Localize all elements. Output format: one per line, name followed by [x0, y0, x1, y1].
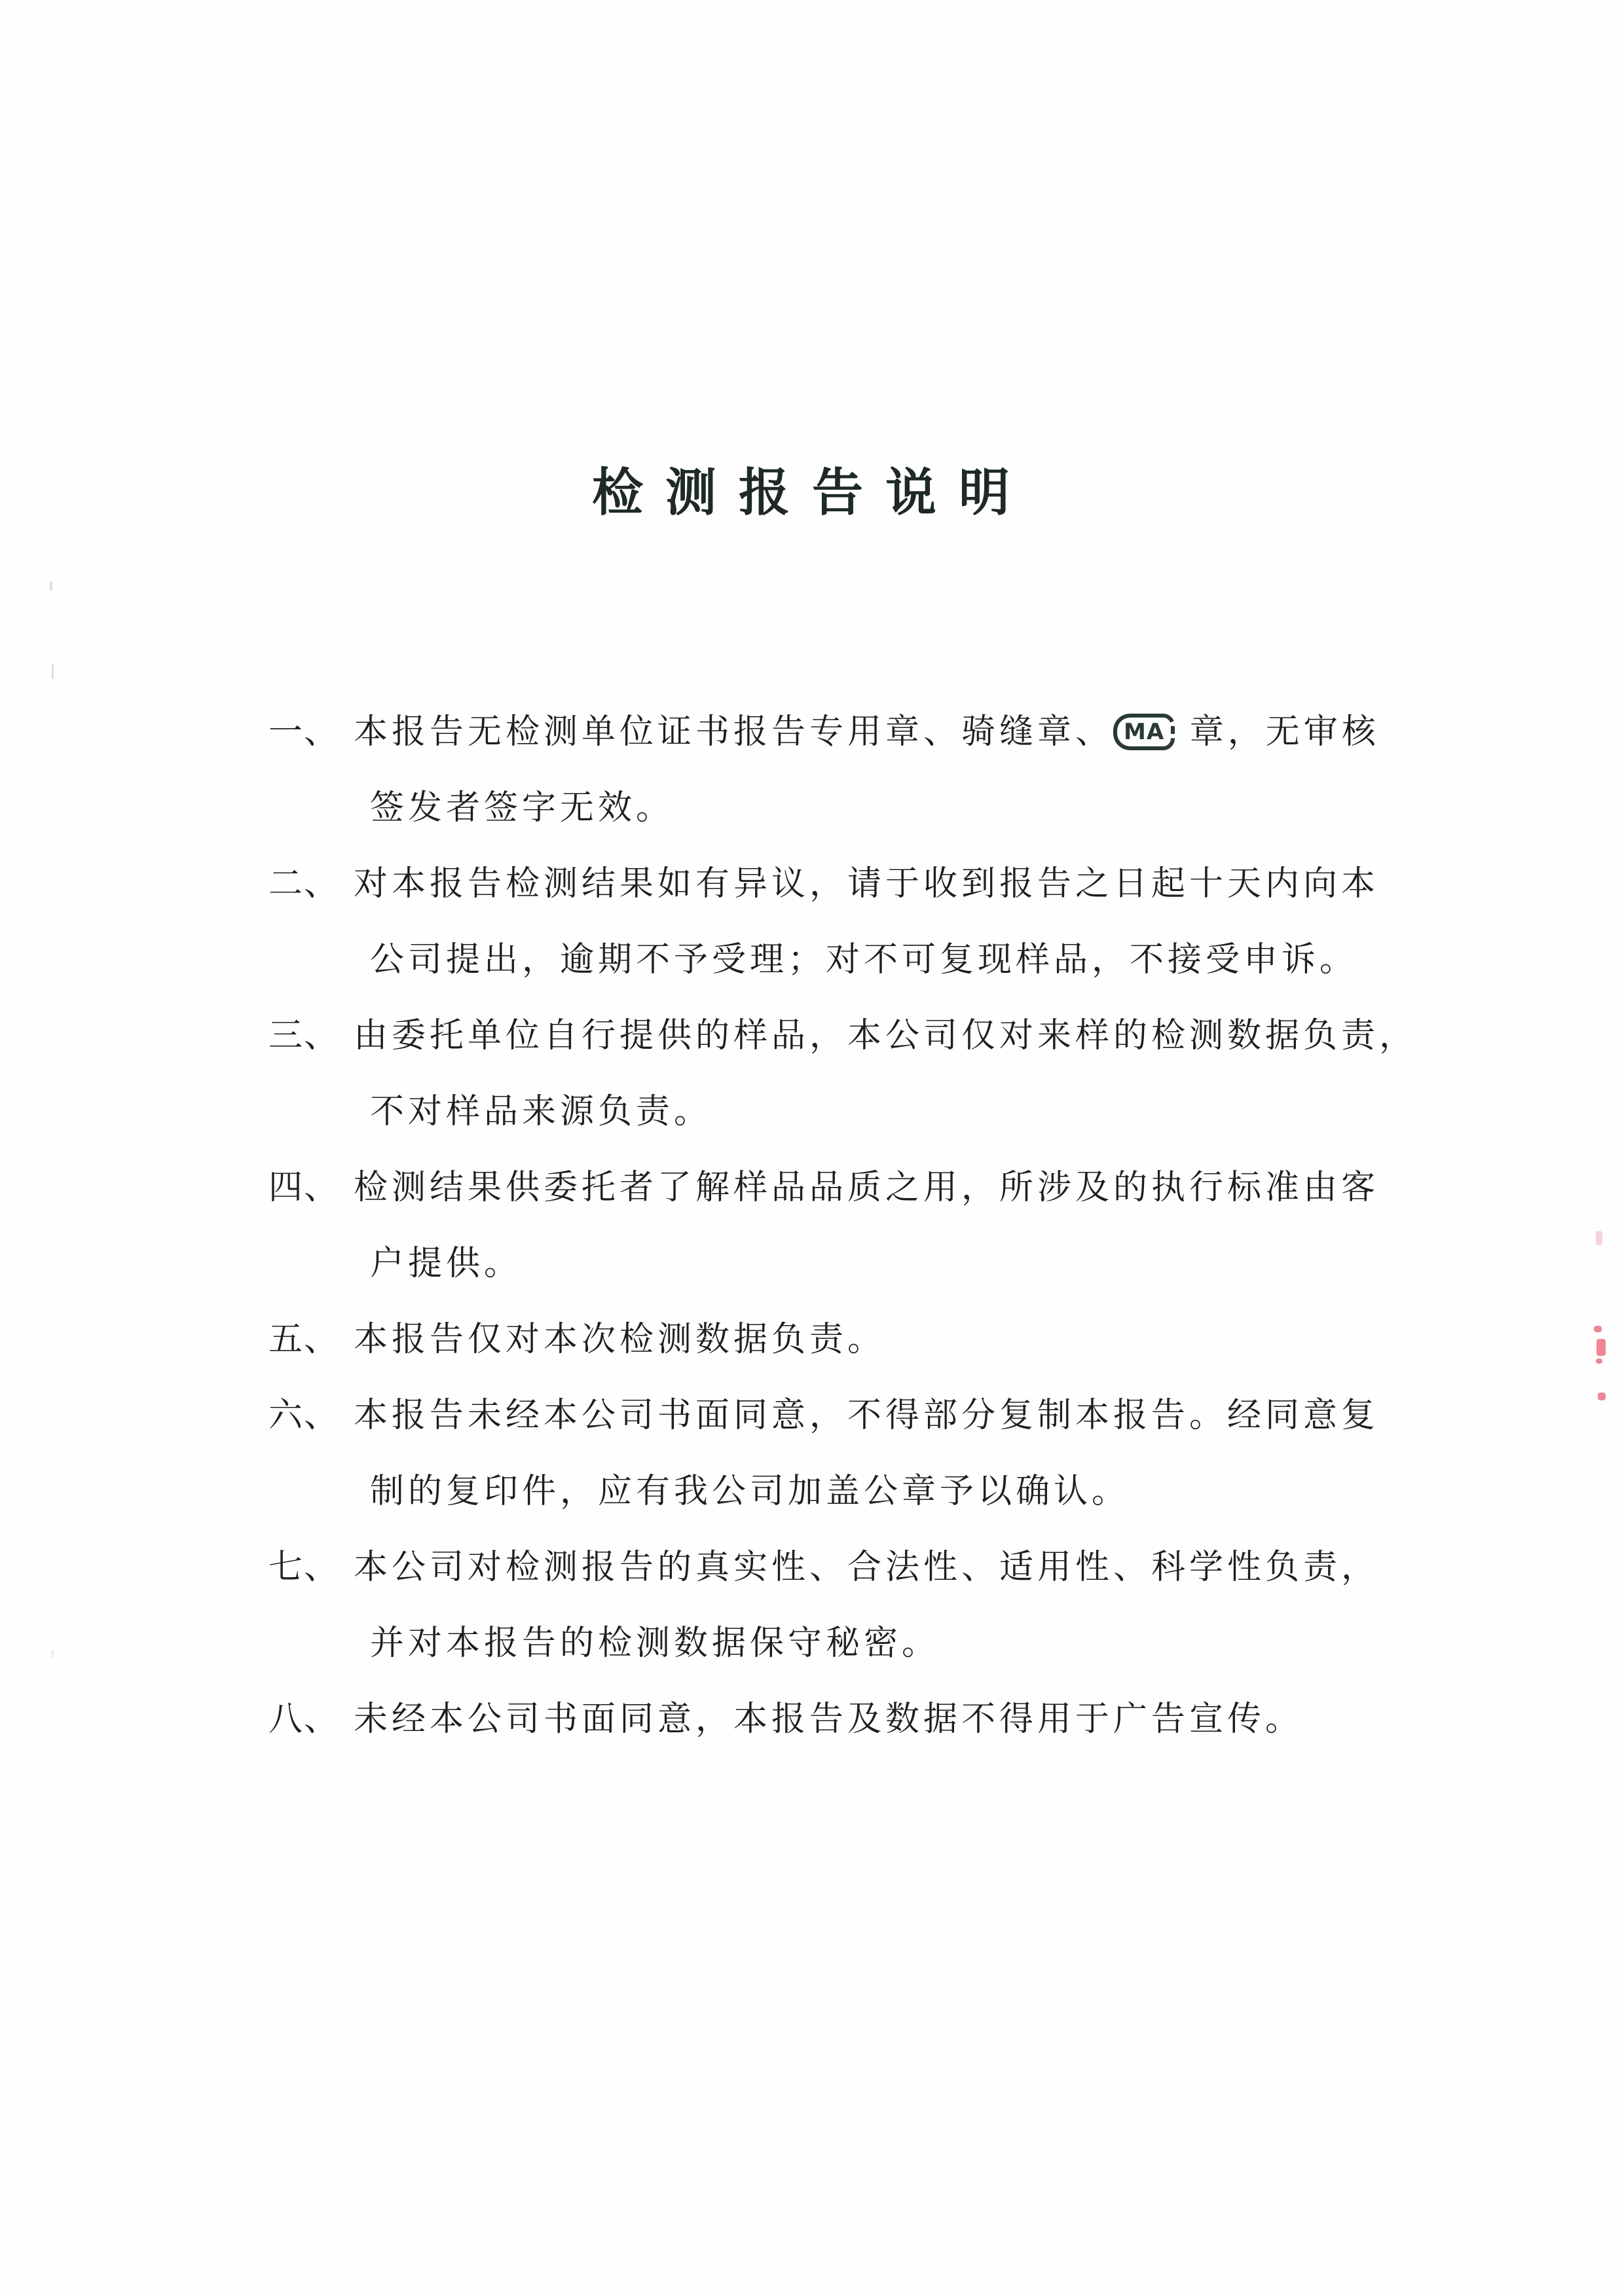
item-text: 本报告无检测单位证书报告专用章、骑缝章、MA 章，无审核: [354, 694, 1408, 770]
scan-mark: [50, 581, 52, 591]
item-text: 本公司对检测报告的真实性、合法性、适用性、科学性负责，: [354, 1529, 1408, 1605]
item-number: 二、: [268, 846, 354, 922]
scan-mark: [52, 1650, 54, 1658]
list-item: 一、 本报告无检测单位证书报告专用章、骑缝章、MA 章，无审核 签发者签字无效。: [268, 694, 1408, 846]
seal-fragment-icon: [1596, 1358, 1602, 1364]
list-item: 八、 未经本公司书面同意，本报告及数据不得用于广告宣传。: [268, 1681, 1408, 1757]
seal-fragment-icon: [1596, 1231, 1602, 1245]
document-page: 检测报告说明 一、 本报告无检测单位证书报告专用章、骑缝章、MA 章，无审核 签…: [0, 0, 1624, 2296]
item-text-part: 本报告无检测单位证书报告专用章、骑缝章、: [354, 712, 1113, 752]
item-text: 检测结果供委托者了解样品品质之用，所涉及的执行标准由客: [354, 1150, 1408, 1226]
item-text: 由委托单位自行提供的样品，本公司仅对来样的检测数据负责，: [354, 998, 1408, 1074]
item-text-continuation: 制的复印件，应有我公司加盖公章予以确认。: [370, 1453, 1408, 1529]
seal-fragment-icon: [1598, 1393, 1606, 1400]
item-number: 六、: [268, 1377, 354, 1453]
list-item: 五、 本报告仅对本次检测数据负责。: [268, 1302, 1408, 1377]
item-text: 未经本公司书面同意，本报告及数据不得用于广告宣传。: [354, 1681, 1408, 1757]
item-text: 本报告未经本公司书面同意，不得部分复制本报告。经同意复: [354, 1377, 1408, 1453]
item-text: 本报告仅对本次检测数据负责。: [354, 1302, 1408, 1377]
item-number: 八、: [268, 1681, 354, 1757]
item-text: 对本报告检测结果如有异议，请于收到报告之日起十天内向本: [354, 846, 1408, 922]
page-title: 检测报告说明: [0, 452, 1624, 525]
list-item: 三、 由委托单位自行提供的样品，本公司仅对来样的检测数据负责， 不对样品来源负责…: [268, 998, 1408, 1150]
item-number: 一、: [268, 694, 354, 770]
item-text-continuation: 户提供。: [370, 1226, 1408, 1302]
item-text-continuation: 公司提出，逾期不予受理；对不可复现样品，不接受申诉。: [370, 922, 1408, 998]
item-text-continuation: 签发者签字无效。: [370, 770, 1408, 846]
list-item: 四、 检测结果供委托者了解样品品质之用，所涉及的执行标准由客 户提供。: [268, 1150, 1408, 1302]
list-item: 二、 对本报告检测结果如有异议，请于收到报告之日起十天内向本 公司提出，逾期不予…: [268, 846, 1408, 998]
item-number: 三、: [268, 998, 354, 1074]
list-item: 七、 本公司对检测报告的真实性、合法性、适用性、科学性负责， 并对本报告的检测数…: [268, 1529, 1408, 1681]
scan-mark: [52, 665, 54, 679]
cma-mark-icon: MA: [1113, 714, 1175, 750]
notice-list: 一、 本报告无检测单位证书报告专用章、骑缝章、MA 章，无审核 签发者签字无效。…: [268, 694, 1408, 1757]
item-number: 四、: [268, 1150, 354, 1226]
item-text-part: 章，无审核: [1190, 712, 1380, 752]
list-item: 六、 本报告未经本公司书面同意，不得部分复制本报告。经同意复 制的复印件，应有我…: [268, 1377, 1408, 1529]
seal-fragment-icon: [1596, 1339, 1606, 1356]
item-number: 五、: [268, 1302, 354, 1377]
seal-fragment-icon: [1594, 1326, 1602, 1332]
item-number: 七、: [268, 1529, 354, 1605]
item-text-continuation: 不对样品来源负责。: [370, 1074, 1408, 1150]
item-text-continuation: 并对本报告的检测数据保守秘密。: [370, 1605, 1408, 1681]
